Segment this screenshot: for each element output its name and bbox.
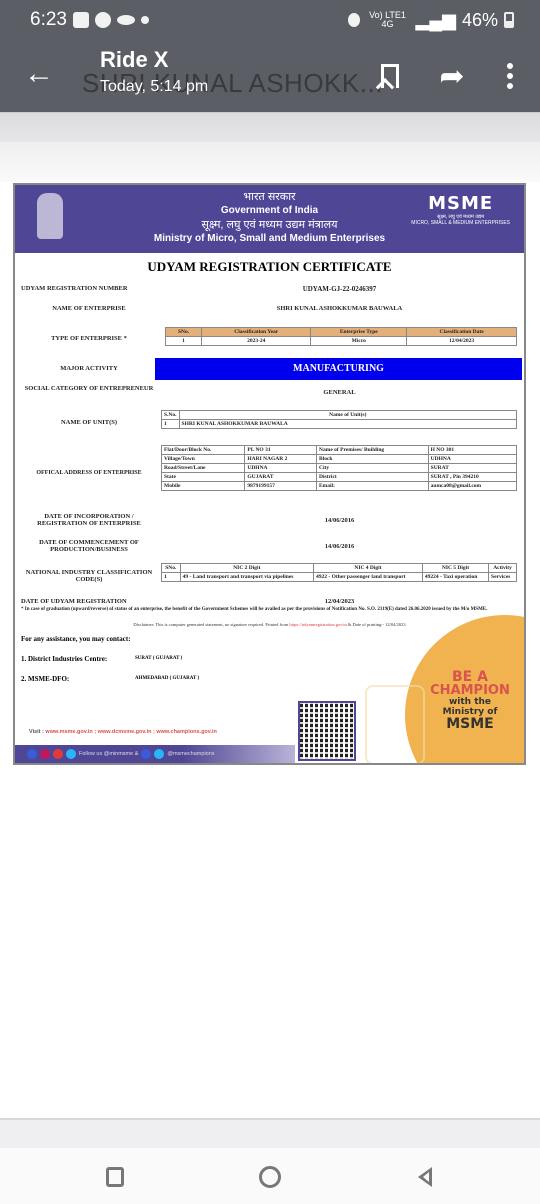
units-table: S.No.Name of Unit(s) 1SHRI KUNAL ASHOKKU… — [161, 410, 517, 429]
address-label: OFFICAL ADDRESS OF ENTERPRISE — [21, 470, 157, 476]
udyam-date-label: DATE OF UDYAM REGISTRATION — [21, 598, 157, 605]
social-category: GENERAL — [155, 389, 524, 396]
instagram-icon — [40, 749, 50, 759]
table-row: Flat/Door/Block No.PL NO 31Name of Premi… — [162, 446, 517, 455]
incorporation-label: DATE OF INCORPORATION / REGISTRATION OF … — [21, 513, 157, 527]
social-category-label: SOCIAL CATEGORY OF ENTREPRENEUR — [21, 385, 157, 392]
commencement-date: 14/06/2016 — [155, 543, 524, 550]
enterprise-name: SHRI KUNAL ASHOKKUMAR BAUWALA — [155, 305, 524, 312]
major-activity: MANUFACTURING — [155, 358, 522, 380]
image-viewer-bottom-band — [0, 1118, 540, 1148]
share-button[interactable]: ➦ — [432, 54, 472, 98]
status-bar: 6:23 Vo) LTE1 4G ▂▄▆ 46% — [0, 0, 540, 40]
home-icon — [259, 1166, 281, 1188]
table-row: 1SHRI KUNAL ASHOKKUMAR BAUWALA — [162, 420, 517, 429]
certificate-header: भारत सरकार Government of India सूक्ष्म, … — [15, 185, 524, 253]
commencement-label: DATE OF COMMENCEMENT OF PRODUCTION/BUSIN… — [21, 539, 157, 553]
msme-logo-text: MSME — [411, 193, 510, 214]
msme-logo: MSME सूक्ष्म, लघु एवं मध्यम उद्यम MICRO,… — [411, 193, 510, 226]
title-block: Ride X Today, 5:14 pm — [100, 46, 208, 100]
udyam-date: 12/04/2023 — [155, 598, 524, 605]
back-button[interactable] — [410, 1162, 440, 1192]
facebook-icon — [27, 749, 37, 759]
table-row: 12023-24Micro12/04/2023 — [166, 337, 517, 346]
enterprise-name-label: NAME OF ENTERPRISE — [21, 305, 157, 312]
follow-text: Follow us @minmsme & — [79, 751, 138, 757]
home-button[interactable] — [255, 1162, 285, 1192]
back-arrow-icon[interactable]: ← — [24, 54, 54, 94]
graduation-note: * In case of graduation (upward/reverse)… — [21, 606, 518, 613]
app-bar: SHRI KUNAL ASHOKK... ← Ride X Today, 5:1… — [0, 40, 540, 112]
msme-logo-english: MICRO, SMALL & MEDIUM ENTERPRISES — [411, 220, 510, 226]
type-label: TYPE OF ENTERPRISE * — [21, 335, 157, 342]
youtube-icon — [53, 749, 63, 759]
major-activity-label: MAJOR ACTIVITY — [21, 365, 157, 372]
share-icon: ➦ — [439, 59, 464, 94]
table-row: Road/Street/LaneUDHNACitySURAT — [162, 464, 517, 473]
certificate-image[interactable]: भारत सरकार Government of India सूक्ष्म, … — [13, 183, 526, 765]
clock: 6:23 — [30, 9, 67, 31]
registration-number-label: UDYAM REGISTRATION NUMBER — [21, 285, 157, 292]
cloud-icon — [117, 15, 135, 25]
location-icon — [348, 13, 360, 27]
follow-handle: @msmechampions — [167, 751, 214, 757]
signal-icon: ▂▄▆ — [416, 10, 456, 31]
units-label: NAME OF UNIT(S) — [21, 419, 157, 426]
social-footer: Follow us @minmsme & @msmechampions — [15, 745, 295, 763]
more-vert-icon — [507, 63, 513, 89]
twitter-icon — [66, 749, 76, 759]
bookmark-icon — [381, 64, 399, 88]
disclaimer-link: https://udyamregistration.gov.in — [289, 622, 346, 627]
recents-icon — [106, 1167, 124, 1187]
visit-links: Visit : www.msme.gov.in ; www.dcmsme.gov… — [29, 729, 217, 735]
notification-dot-icon — [141, 16, 149, 24]
header-ministry: Ministry of Micro, Small and Medium Ente… — [15, 232, 524, 246]
whatsapp-icon — [95, 12, 111, 28]
table-row: 149 - Land transport and transport via p… — [162, 573, 517, 582]
facebook-icon — [141, 749, 151, 759]
nic-table: SNo.NIC 2 DigitNIC 4 DigitNIC 5 DigitAct… — [161, 563, 517, 582]
more-options-button[interactable] — [490, 54, 530, 98]
registration-number: UDYAM-GJ-22-0246397 — [155, 285, 524, 293]
table-row: StateGUJARATDistrictSURAT , Pin 394210 — [162, 473, 517, 482]
back-icon — [418, 1167, 432, 1187]
gallery-icon — [73, 12, 89, 28]
table-row: Village/TownHARI NAGAR 2BlockUDHNA — [162, 455, 517, 464]
table-row: Mobile9879199157Email:aumca08@gmail.com — [162, 482, 517, 491]
recents-button[interactable] — [100, 1162, 130, 1192]
message-time: Today, 5:14 pm — [100, 74, 208, 100]
twitter-icon — [154, 749, 164, 759]
national-emblem-icon — [37, 193, 63, 239]
image-viewer-fade — [0, 142, 540, 182]
image-viewer-top-band — [0, 112, 540, 142]
disclaimer: Disclaimer: This is computer generated s… — [15, 622, 524, 627]
network-indicator: Vo) LTE1 4G — [366, 11, 410, 29]
bookmark-button[interactable] — [370, 54, 410, 98]
contact-msme-dfo: 2. MSME-DFO: AHMEDABAD ( GUJARAT ) — [21, 675, 69, 683]
nic-label: NATIONAL INDUSTRY CLASSIFICATION CODE(S) — [21, 569, 157, 583]
battery-percent: 46% — [462, 10, 498, 31]
champion-text: BE A CHAMPION with the Ministry of MSME — [415, 670, 525, 731]
certificate-title: UDYAM REGISTRATION CERTIFICATE — [15, 259, 524, 277]
qr-code — [298, 701, 356, 761]
navigation-bar — [0, 1148, 540, 1204]
address-table: Flat/Door/Block No.PL NO 31Name of Premi… — [161, 445, 517, 491]
battery-icon — [504, 12, 514, 28]
type-table: SNo.Classification YearEnterprise TypeCl… — [165, 327, 517, 346]
assistance-heading: For any assistance, you may contact: — [21, 635, 131, 643]
chat-title: Ride X — [100, 46, 208, 74]
contact-dic: 1. District Industries Centre: SURAT ( G… — [21, 655, 107, 663]
incorporation-date: 14/06/2016 — [155, 517, 524, 524]
